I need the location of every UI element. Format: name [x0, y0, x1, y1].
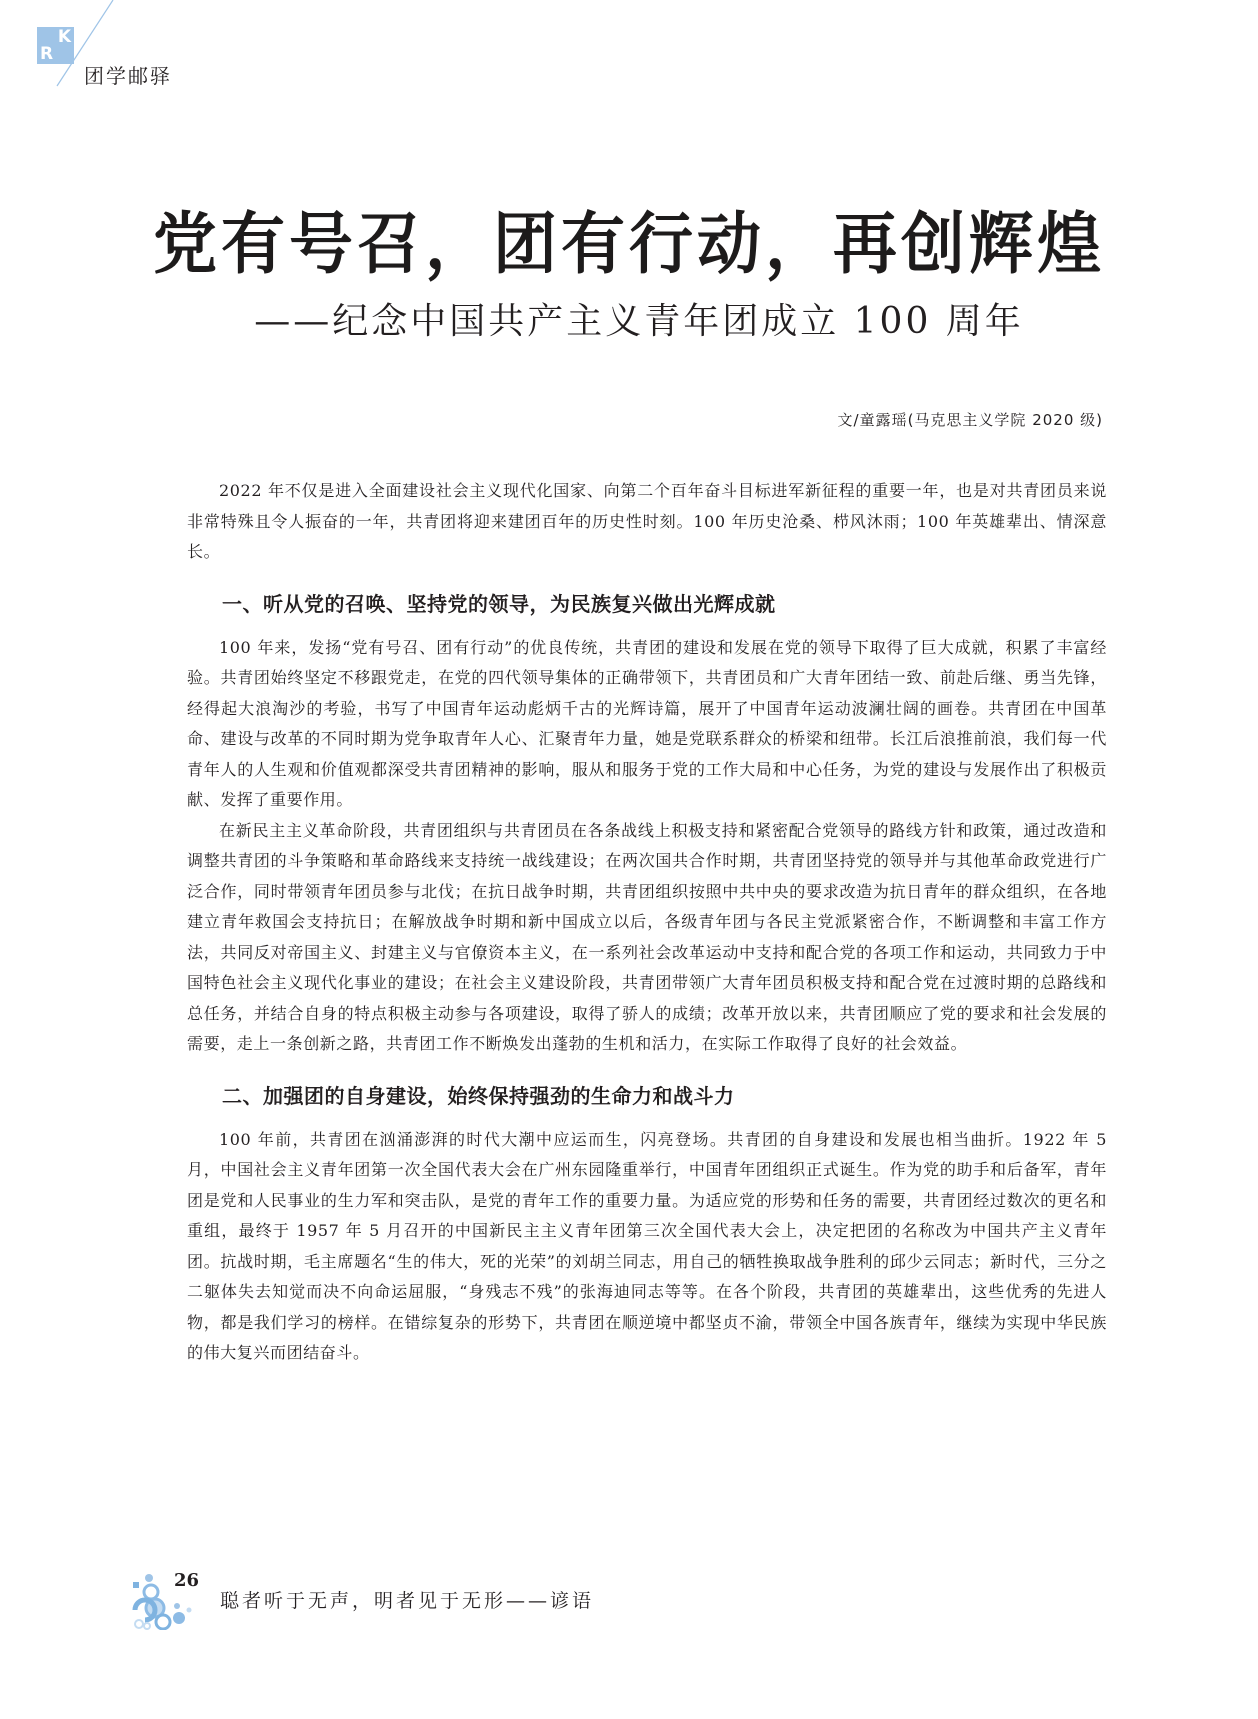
- footer-proverb: 聪者听于无声，明者见于无形——谚语: [220, 1586, 594, 1613]
- page-number: 26: [174, 1570, 199, 1591]
- section-2-paragraph-1: 100 年前，共青团在汹涌澎湃的时代大潮中应运而生，闪亮登场。共青团的自身建设和…: [187, 1125, 1107, 1369]
- article-subtitle: ——纪念中国共产主义青年团成立 100 周年: [0, 300, 1258, 344]
- intro-paragraph: 2022 年不仅是进入全面建设社会主义现代化国家、向第二个百年奋斗目标进军新征程…: [187, 476, 1107, 568]
- section-heading-2: 二、加强团的自身建设，始终保持强劲的生命力和战斗力: [187, 1080, 1107, 1109]
- article-body: 2022 年不仅是进入全面建设社会主义现代化国家、向第二个百年奋斗目标进军新征程…: [187, 476, 1107, 1369]
- column-name: 团学邮驿: [84, 60, 172, 89]
- section-1-paragraph-2: 在新民主主义革命阶段，共青团组织与共青团员在各条战线上积极支持和紧密配合党领导的…: [187, 816, 1107, 1060]
- logo-letter-r: R: [40, 44, 53, 64]
- author-byline: 文/童露瑶(马克思主义学院 2020 级): [838, 409, 1103, 430]
- section-heading-1: 一、听从党的召唤、坚持党的领导，为民族复兴做出光辉成就: [187, 588, 1107, 617]
- section-1-paragraph-1: 100 年来，发扬“党有号召、团有行动”的优良传统，共青团的建设和发展在党的领导…: [187, 633, 1107, 816]
- article-title: 党有号召，团有行动，再创辉煌: [0, 203, 1258, 287]
